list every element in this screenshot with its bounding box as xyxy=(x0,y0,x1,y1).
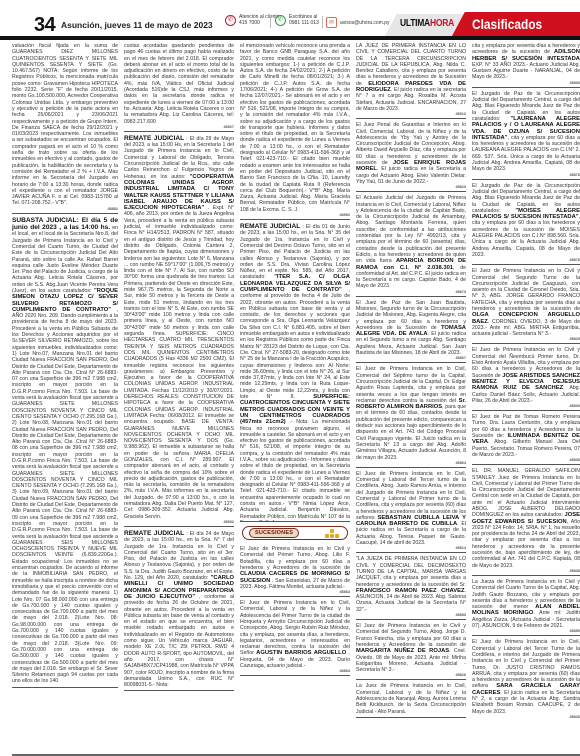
ad-deceased-name: AGUSTIN BARRIOS ARGUELLO xyxy=(256,650,346,656)
classified-ad: El Juez de Primera Instancia en lo Civil… xyxy=(356,365,466,467)
contact-whatsapp-value: 0981 111 013 xyxy=(289,20,319,26)
classified-ad: El Juez de Primera Instancia en lo Civil… xyxy=(356,622,466,680)
ad-text: .- Nota: La mencionada finca no reconoce… xyxy=(240,419,350,522)
masthead: 34 Asunción, jueves 11 de mayo de 2023 ✆… xyxy=(0,0,580,36)
ad-text: El Juez de Primera Instancia en lo Civil… xyxy=(240,600,350,656)
classified-ad: cuotas acordadas quedando pendientes de … xyxy=(124,42,234,132)
ad-text: : El día 24 de Mayo de 2023, a las 15:00… xyxy=(124,531,234,581)
ad-code: 45829 xyxy=(472,337,580,341)
ad-code: 45826 xyxy=(472,715,580,719)
ad-headline: SUBASTA JUDICIAL: El día 5 de junio del … xyxy=(12,217,118,231)
ad-text: El Juez de Primera Instancia en lo Civil… xyxy=(472,268,580,312)
ad-code: 45876 xyxy=(472,258,580,262)
ad-headline: REMATE JUDICIAL xyxy=(124,135,184,142)
classified-ad: el mencionado vehículo reconoce una pren… xyxy=(240,42,350,220)
column-1: valuación fiscal fijada en la suma de GU… xyxy=(12,42,118,746)
classified-ad: El Actuario Judicial del Juzgado de Prim… xyxy=(356,194,466,296)
page-date: Asunción, jueves 11 de mayo de 2023 xyxy=(61,20,213,30)
ad-text: cuotas acordadas quedando pendientes de … xyxy=(124,43,234,125)
ad-text: "LA JUEZA DE PRIMERA INSTANCIA EN LO CIV… xyxy=(356,556,466,587)
ad-text: , cita y emplaza por 60 días a los hered… xyxy=(472,214,580,258)
classified-ad: REMATE JUDICIAL : El día 29 de Mayo del … xyxy=(124,134,234,527)
ad-headline: REMATE JUDICIAL xyxy=(124,530,184,537)
sucesiones-label: SUCESIONES xyxy=(249,528,299,538)
family-tree-icon xyxy=(325,529,339,538)
page-number: 34 xyxy=(34,14,55,37)
classified-ad: El Juzgado de Paz de la Circunscripción … xyxy=(472,90,580,180)
classified-ad: El Juez de Primera Instancia en lo Civil… xyxy=(356,470,466,554)
section-title: Clasificados xyxy=(452,12,580,36)
ad-text: EL DR. MANUEL GERALDO SAIFILDIN STANLEY … xyxy=(472,468,580,518)
classifieds-columns: valuación fiscal fijada en la suma de GU… xyxy=(12,42,580,756)
classified-ad: cita y emplaza por sesenta días a herede… xyxy=(472,42,580,88)
ad-text: valuación fiscal fijada en la suma de GU… xyxy=(12,43,118,206)
classified-ad: REMATE JUDICIAL : El día 24 de Mayo de 2… xyxy=(124,529,234,691)
ad-code: 45853 xyxy=(356,613,466,617)
ad-code: 45927 xyxy=(124,125,234,129)
ad-deceased-name: MARGARITA NUÑEZ DE ROJAS xyxy=(356,648,449,654)
contact-email[interactable]: ✉ avisos@uhora.com.py xyxy=(326,17,390,28)
classified-ad: El Juez Penal de Garantías e Interino en… xyxy=(356,121,466,192)
column-3: el mencionado vehículo reconoce una pren… xyxy=(240,42,350,746)
ad-text: EXP. N° 33 AÑO 2023.- Actuario Judicial … xyxy=(472,62,580,81)
whatsapp-icon: ✆ xyxy=(275,15,286,26)
sucesiones-banner: SUCESIONES xyxy=(242,526,348,540)
ad-text: , Año 2023 N° 124 Folio: 14, SRIA. N° 1,… xyxy=(472,519,580,569)
brand-ultima: ULTIMA xyxy=(400,18,430,29)
ad-code: 45873 xyxy=(356,290,466,294)
column-5: cita y emplaza por sesenta días a herede… xyxy=(472,42,580,746)
ad-text: , para que en el término de 60 días, con… xyxy=(356,404,466,460)
ad-code: 45836 xyxy=(472,569,580,573)
ad-text: El Actuario Judicial del Juzgado de Prim… xyxy=(356,195,466,264)
brand-logo: ULTIMAHORA xyxy=(400,18,454,29)
ad-text: . Abog. Gilberto Manuel Jara Del Puerto,… xyxy=(472,439,580,458)
classified-ad: El Juez de Primera Instancia en lo Civil… xyxy=(240,599,350,676)
ad-code: 45830 xyxy=(472,404,580,408)
brand-hora: HORA xyxy=(430,18,454,29)
ad-text: el mencionado vehículo reconoce una pren… xyxy=(240,43,350,213)
section-title-text: Clasificados xyxy=(472,16,542,32)
contact-email-value: avisos@uhora.com.py xyxy=(340,20,390,26)
ad-code: 45823 xyxy=(356,185,466,189)
contact-whatsapp[interactable]: ✆ Escribinos al0981 111 013 xyxy=(275,14,319,26)
ad-text: , conforme al proveído de fecha 26 de Oc… xyxy=(124,594,234,688)
ad-code: 45902 xyxy=(124,520,234,524)
ad-code: 45826 xyxy=(356,673,466,677)
column-2: cuotas acordadas quedando pendientes de … xyxy=(124,42,234,746)
ad-text: El Juez de Primera Instancia en lo Civil… xyxy=(356,471,466,521)
classified-ad: La Jueza de Primera Instancia en lo Civi… xyxy=(472,578,580,636)
classified-ad: LA JUEZ DE PRIMERA INSTANCIA EN LO CIVIL… xyxy=(356,42,466,119)
ad-code: 45876 xyxy=(472,173,580,177)
ad-text: . CORONEL OVIEDO, 3 de Mayo de 2023.- An… xyxy=(472,319,580,338)
ad-code: 45850 xyxy=(472,629,580,633)
classified-ad: El Juez de Paz de San Juan Bautista, Mis… xyxy=(356,299,466,364)
ad-code: 45852 xyxy=(12,207,118,211)
classified-ad: La Juez de Primera Instancia en lo Civil… xyxy=(356,682,466,717)
ad-text: El Juez de Primera Instancia en lo Civil… xyxy=(472,639,580,689)
ad-text: . Expt. N° 406, año 2013, por orden de l… xyxy=(124,205,234,520)
ad-headline: REMATE JUDICIAL xyxy=(240,223,300,230)
ad-code: 45836 xyxy=(472,458,580,462)
contact-phone[interactable]: ✆ Atención al cliente:415 7000 xyxy=(225,14,281,26)
classified-ad: "LA JUEZA DE PRIMERA INSTANCIA EN LO CIV… xyxy=(356,555,466,620)
ad-code: 45863 xyxy=(240,669,350,673)
ad-text: El Juez de Primera Instancia en lo Civil… xyxy=(240,546,350,571)
ad-code: 45863 xyxy=(240,590,350,594)
ad-text: La Juez de Primera Instancia en lo Civil… xyxy=(356,683,466,714)
contact-phone-value: 415 7000 xyxy=(239,20,260,26)
column-4: LA JUEZ DE PRIMERA INSTANCIA EN LO CIVIL… xyxy=(356,42,466,746)
ad-code: 45867 xyxy=(356,356,466,360)
ad-text: El Juez de Primera Instancia en lo Civil… xyxy=(356,623,466,648)
classified-ad: El Juzgado de Paz de la Circunscripción … xyxy=(472,182,580,266)
phone-icon: ✆ xyxy=(225,15,236,26)
classified-ad: SUBASTA JUDICIAL: El día 5 de junio del … xyxy=(12,216,118,688)
divider xyxy=(270,16,271,28)
divider xyxy=(322,16,323,28)
classified-ad: El Juez de Primera Instancia en lo Civil… xyxy=(472,638,580,721)
ad-text: : El día 01 de Junio de 2023, a las 15:0… xyxy=(240,224,350,280)
classified-ad: El Juez de Primera Instancia en lo Civil… xyxy=(472,267,580,344)
header-rule xyxy=(0,36,580,40)
ad-text: , AÑO 2020 Nro. 209. Dando cumplimiento … xyxy=(12,307,118,685)
mail-icon: ✉ xyxy=(326,17,337,28)
ad-code: 45892 xyxy=(240,213,350,217)
ad-code: 45864 xyxy=(356,461,466,465)
classified-ad: EL DR. MANUEL GERALDO SAIFILDIN STANLEY … xyxy=(472,467,580,576)
ad-code: 45814 xyxy=(356,546,466,550)
ad-text: El Juez de Primera Instancia en lo Civil… xyxy=(356,366,466,403)
ad-code: 45806 xyxy=(472,81,580,85)
classified-ad: El Juez de Primera Instancia en lo Civil… xyxy=(472,346,580,411)
ad-code: 45913 xyxy=(356,112,466,116)
classified-ad: El Juez de Primera Instancia en lo Civil… xyxy=(240,545,350,597)
classified-ad: El Juez de Paz de Tomas Romero Pereira T… xyxy=(472,413,580,465)
classified-ad: valuación fiscal fijada en la suma de GU… xyxy=(12,42,118,214)
ad-deceased-name: FRANCISCO RAMON PAEZ CHAVEZ xyxy=(356,588,465,594)
ad-text: , conforme al proveído de fecha 4 de Jul… xyxy=(240,287,350,400)
ad-text: , cita y emplaza por 60 días a los hered… xyxy=(472,135,580,172)
ad-text: en el local, en el local de la Secretarí… xyxy=(12,225,118,294)
classified-ad: REMATE JUDICIAL : El día 01 de Junio de … xyxy=(240,222,350,522)
